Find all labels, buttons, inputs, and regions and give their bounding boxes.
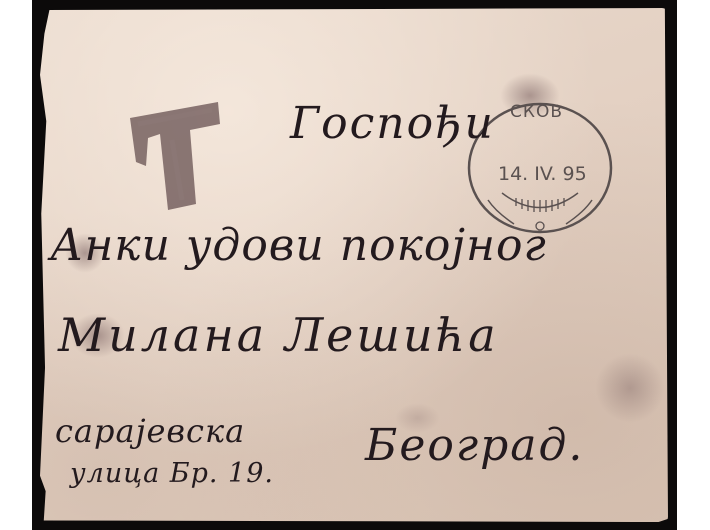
stain (595, 353, 665, 423)
tax-mark-stamp (128, 100, 223, 212)
address-salutation: Госпођи (290, 98, 495, 149)
postmark-place: СКОВ (510, 102, 563, 122)
address-line-1: Анки удови покојног (50, 220, 547, 271)
address-street-1: сарајевска (55, 412, 245, 450)
postmark-date: 14. IV. 95 (498, 163, 587, 185)
address-city: Београд. (365, 420, 584, 471)
address-street-2: улица Бр. 19. (70, 458, 274, 489)
address-line-2: Милана Лешића (58, 308, 499, 362)
